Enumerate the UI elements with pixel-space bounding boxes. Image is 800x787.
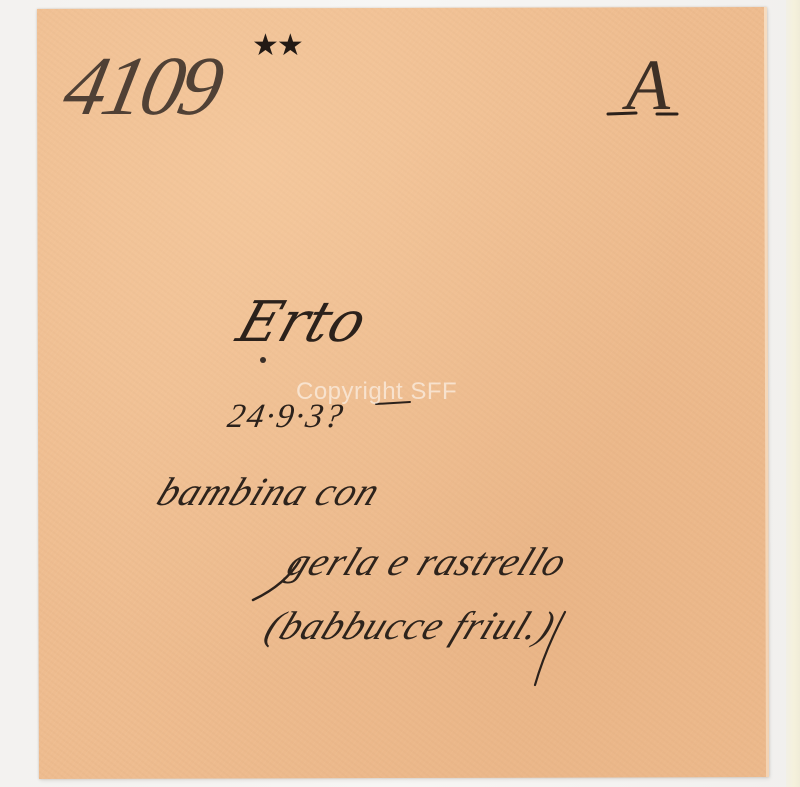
place-name: Erto — [229, 290, 374, 355]
copyright-watermark: Copyright SFF — [296, 378, 457, 406]
catalog-number: 4109 — [56, 38, 229, 135]
catalog-star-marks: ★★ — [252, 28, 302, 63]
description-line-2: gerla e rastrello — [281, 538, 575, 585]
description-line-3: (babbucce friul.) — [259, 602, 564, 649]
scan-edge-strip — [786, 0, 800, 787]
series-letter: A — [626, 44, 670, 127]
description-line-1: bambina con — [151, 468, 389, 515]
